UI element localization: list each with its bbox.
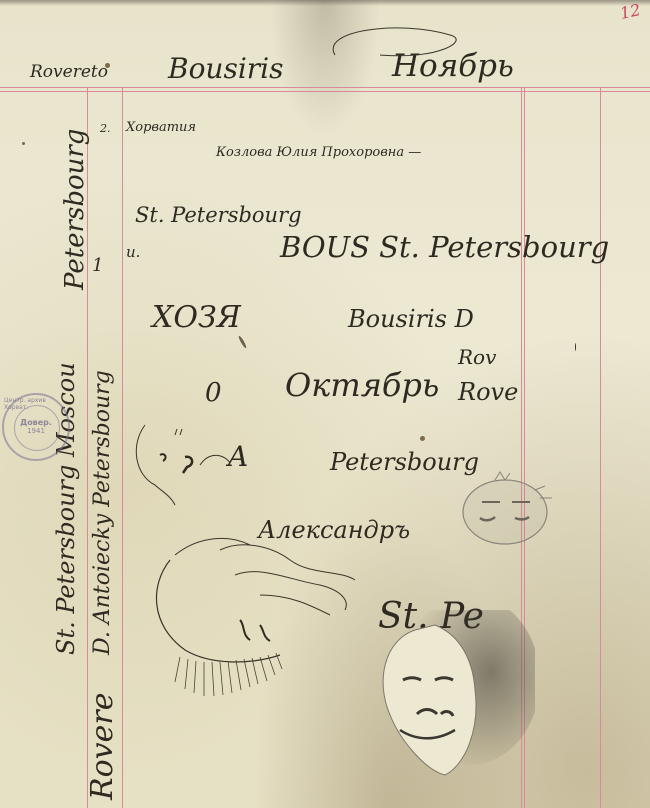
stamp-ring-text: Центр. архив Хорват.	[4, 398, 68, 411]
header-flourish	[320, 10, 470, 80]
archive-stamp: Центр. архив Хорват. Довер. 1941	[2, 393, 70, 461]
line-st-petersbourg: St. Petersbourg	[135, 203, 302, 227]
margin-rule-2	[122, 87, 123, 808]
line-october: Октябрь	[285, 366, 439, 404]
smiling-face-sketch	[355, 610, 535, 785]
note-line-1: Хорватия	[126, 120, 196, 135]
line-bous-st-petersbourg: BOUS St. Petersbourg	[280, 230, 609, 264]
manuscript-page: 12 Rovereto Bousiris Ноябрь Petersbourg …	[0, 0, 650, 808]
margin-vertical-antoiecky-petersbourg: D. Antoiecky Petersbourg	[90, 370, 115, 655]
ink-speck	[420, 436, 425, 441]
column-rule-4	[600, 87, 601, 808]
page-number: 12	[618, 0, 642, 23]
pencil-mark	[238, 335, 248, 349]
round-face-sketch	[450, 470, 560, 550]
stamp-center-line1: Довер.	[20, 419, 52, 428]
line-bousiris-d: Bousiris D	[348, 305, 474, 333]
margin-mark: 1	[92, 255, 103, 276]
stamp-center-line2: 1941	[27, 428, 45, 436]
margin-vertical-petersbourg: Petersbourg	[60, 129, 90, 290]
header-middle-word: Bousiris	[168, 52, 284, 85]
profile-head-sketch	[130, 415, 240, 515]
ink-speck	[105, 63, 110, 68]
line-rove: Rove	[458, 378, 518, 406]
header-rule-bottom	[0, 91, 650, 92]
line-u: и.	[126, 243, 140, 261]
reclining-head-sketch	[140, 525, 390, 715]
margin-vertical-rovere: Rovere	[85, 693, 120, 800]
page-top-edge	[0, 0, 650, 6]
note-prefix: 2.	[100, 122, 111, 135]
ink-tick	[575, 343, 576, 351]
line-zero: 0	[205, 378, 222, 408]
header-left-word: Rovereto	[30, 62, 108, 82]
note-line-2: Козлова Юлия Прохоровна —	[216, 145, 421, 160]
ink-speck	[22, 142, 25, 145]
header-rule-top	[0, 87, 650, 88]
line-hoza: ХОЗЯ	[152, 300, 241, 335]
line-rov: Rov	[458, 345, 496, 369]
